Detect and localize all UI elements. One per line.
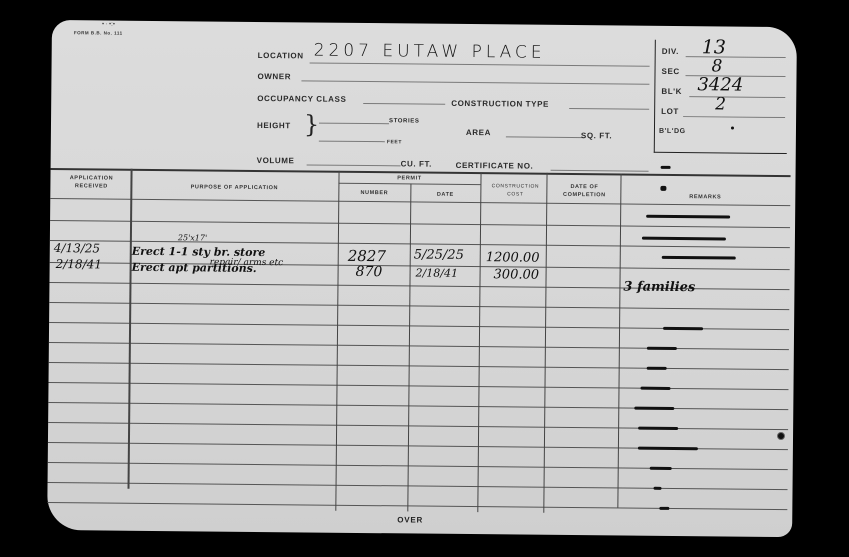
- ink-dot: [638, 447, 698, 451]
- row-line: [49, 342, 789, 350]
- owner-line: [301, 80, 649, 84]
- row1-purpose-note: 25'x17': [178, 233, 207, 242]
- div-value: 13: [702, 36, 726, 58]
- row-line: [50, 220, 790, 228]
- location-value: 2207 EUTAW PLACE: [314, 41, 546, 63]
- row1-permit-number: 2827: [348, 247, 386, 265]
- location-line: [310, 62, 650, 66]
- owner-label: OWNER: [257, 72, 291, 81]
- ink-dot: [661, 166, 671, 169]
- blk-label: BL'K: [661, 87, 682, 96]
- col-header-purpose: PURPOSE OF APPLICATION: [130, 183, 338, 193]
- feet-line: [319, 141, 385, 143]
- volume-label: VOLUME: [257, 156, 295, 165]
- row2-permit-date: 2/18/41: [416, 267, 459, 280]
- row-line: [48, 402, 788, 410]
- occupancy-class-label: OCCUPANCY CLASS: [257, 94, 346, 104]
- ink-dot: [640, 387, 670, 390]
- construction-type-label: CONSTRUCTION TYPE: [451, 99, 549, 109]
- volume-line: [307, 164, 401, 166]
- col-divider: [617, 173, 621, 507]
- area-line: [506, 136, 584, 138]
- row2-remarks: 3 families: [623, 279, 695, 295]
- row-line: [47, 502, 787, 510]
- location-label: LOCATION: [258, 51, 304, 60]
- construction-type-line: [569, 108, 649, 110]
- ink-dot: [642, 237, 726, 241]
- col-header-received: APPLICATION RECEIVED: [52, 174, 130, 191]
- feet-label: FEET: [387, 139, 402, 145]
- sec-label: SEC: [661, 67, 679, 76]
- row-line: [48, 482, 788, 490]
- row2-received: 2/18/41: [56, 257, 102, 271]
- ink-dot: [659, 507, 669, 510]
- row2-permit-number: 870: [356, 264, 383, 280]
- col-header-date: DATE: [410, 190, 480, 199]
- sqft-label: SQ. FT.: [581, 131, 612, 140]
- area-label: AREA: [466, 128, 491, 137]
- col-divider: [128, 169, 133, 489]
- permit-index-card: • ∙ •:• FORM B.B. No. 111 LOCATION 2207 …: [47, 20, 797, 537]
- col-divider: [407, 183, 411, 511]
- lot-info-box: DIV. 13 SEC 8 BL'K 3424 LOT 2 B'L'DG: [654, 40, 788, 154]
- ink-dot: [662, 256, 736, 260]
- col-header-remarks: REMARKS: [620, 192, 790, 202]
- ink-dot: [634, 407, 674, 410]
- cuft-label: CU. FT.: [401, 159, 432, 168]
- ink-dot: [646, 215, 730, 219]
- row2-purpose: Erect apt partitions.: [132, 261, 257, 275]
- ink-dot: [647, 367, 667, 370]
- ink-dot: [647, 347, 677, 350]
- ink-dot: [660, 186, 666, 191]
- height-label: HEIGHT: [257, 121, 291, 130]
- row1-permit-date: 5/25/25: [414, 247, 464, 262]
- ink-dot: [663, 327, 703, 330]
- row1-cost: 1200.00: [486, 250, 540, 266]
- certificate-label: CERTIFICATE NO.: [456, 161, 534, 171]
- lot-line: [683, 116, 785, 118]
- ink-smudge: • ∙ •:•: [102, 21, 115, 27]
- div-label: DIV.: [662, 47, 679, 56]
- col-header-number: NUMBER: [338, 189, 410, 198]
- stories-label: STORIES: [389, 118, 419, 124]
- col-header-completion: DATE OF COMPLETION: [556, 183, 612, 200]
- ink-dot: [731, 127, 734, 130]
- ink-dot: [654, 487, 662, 490]
- permit-table: APPLICATION RECEIVED PURPOSE OF APPLICAT…: [51, 168, 796, 175]
- row-line: [49, 302, 789, 310]
- lot-label: LOT: [661, 107, 679, 116]
- lot-value: 2: [715, 94, 726, 114]
- blk-line: [689, 96, 785, 98]
- bldg-label: B'L'DG: [659, 128, 686, 135]
- brace-icon: }: [304, 110, 320, 138]
- occupancy-line: [363, 103, 445, 105]
- col-header-cost: CONSTRUCTION COST: [490, 182, 540, 198]
- blk-value: 3424: [697, 74, 743, 95]
- punch-hole: [777, 432, 785, 440]
- over-footer: OVER: [397, 515, 423, 524]
- row-line: [49, 362, 789, 370]
- row-line: [49, 382, 789, 390]
- row-line: [48, 462, 788, 470]
- stories-line: [319, 123, 389, 125]
- ink-dot: [638, 427, 678, 430]
- col-header-permit: PERMIT: [338, 174, 480, 183]
- form-number: FORM B.B. No. 111: [74, 30, 123, 35]
- ink-dot: [650, 467, 672, 470]
- certificate-line: [551, 170, 649, 172]
- row2-cost: 300.00: [494, 267, 540, 282]
- row1-received: 4/13/25: [54, 241, 100, 255]
